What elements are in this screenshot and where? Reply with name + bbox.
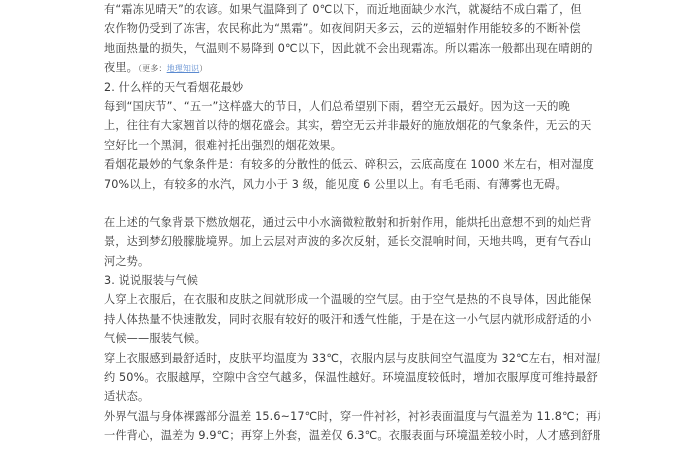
paragraph-gap — [104, 194, 600, 213]
text-line: 看烟花最妙的气象条件是：有较多的分散性的低云、碎积云，云底高度在 1000 米左… — [104, 155, 600, 174]
text-line: 一件背心，温差为 9.9℃；再穿上外套，温差仅 6.3℃。衣服表面与环境温差较小… — [104, 426, 600, 445]
text-line: 空好比一个黑洞，很难衬托出强烈的烟花效果。 — [104, 136, 600, 155]
text-fragment: 夜里。 — [104, 61, 138, 74]
text-line: 穿上衣服感到最舒适时，皮肤平均温度为 33℃，衣服内层与皮肤间空气温度为 32℃… — [104, 349, 600, 368]
more-prefix: （更多： — [138, 64, 167, 73]
text-line: 有“霜冻见晴天”的农谚。如果气温降到了 0℃以下，而近地面缺少水汽，就凝结不成白… — [104, 0, 600, 19]
more-note: （更多：地理知识） — [138, 64, 207, 73]
article-body: 有“霜冻见晴天”的农谚。如果气温降到了 0℃以下，而近地面缺少水汽，就凝结不成白… — [104, 0, 600, 446]
section-heading: 2. 什么样的天气看烟花最妙 — [104, 78, 600, 97]
text-line: 气候——服装气候。 — [104, 329, 600, 348]
text-line: 持人体热量不快速散发，同时衣服有较好的吸汗和透气性能，于是在这一小气层内就形成舒… — [104, 310, 600, 329]
text-line: 上，往往有大家翘首以待的烟花盛会。其实，碧空无云并非最好的施放烟花的气象条件，无… — [104, 116, 600, 135]
text-line: 外界气温与身体裸露部分温差 15.6~17℃时，穿一件衬衫，衬衫表面温度与气温差… — [104, 407, 600, 426]
text-line: 在上述的气象背景下燃放烟花，通过云中小水滴微粒散射和折射作用，能烘托出意想不到的… — [104, 213, 600, 232]
text-line: 适状态。 — [104, 387, 600, 406]
section-heading: 3. 说说服装与气候 — [104, 271, 600, 290]
text-line-with-more: 夜里。（更多：地理知识） — [104, 58, 600, 77]
text-line: 地面热量的损失，气温则不易降到 0℃以下，因此就不会出现霜冻。所以霜冻一般都出现… — [104, 39, 600, 58]
text-line: 70%以上，有较多的水汽，风力小于 3 级，能见度 6 公里以上。有毛毛雨、有薄… — [104, 175, 600, 194]
text-line: 景，达到梦幻般朦胧境界。加上云层对声波的多次反射，延长交混响时间，天地共鸣，更有… — [104, 232, 600, 251]
text-line: 河之势。 — [104, 252, 600, 271]
more-suffix: ） — [199, 64, 207, 73]
text-line: 人穿上衣服后，在衣服和皮肤之间就形成一个温暖的空气层。由于空气是热的不良导体，因… — [104, 290, 600, 309]
text-line: 约 50%。衣服越厚，空隙中含空气越多，保温性越好。环境温度较低时，增加衣服厚度… — [104, 368, 600, 387]
more-link-geography[interactable]: 地理知识 — [167, 64, 200, 73]
text-line: 每到“国庆节”、“五一”这样盛大的节日，人们总希望别下雨，碧空无云最好。因为这一… — [104, 97, 600, 116]
text-line: 农作物仍受到了冻害，农民称此为“黑霜”。如夜间阴天多云，云的逆辐射作用能较多的不… — [104, 19, 600, 38]
